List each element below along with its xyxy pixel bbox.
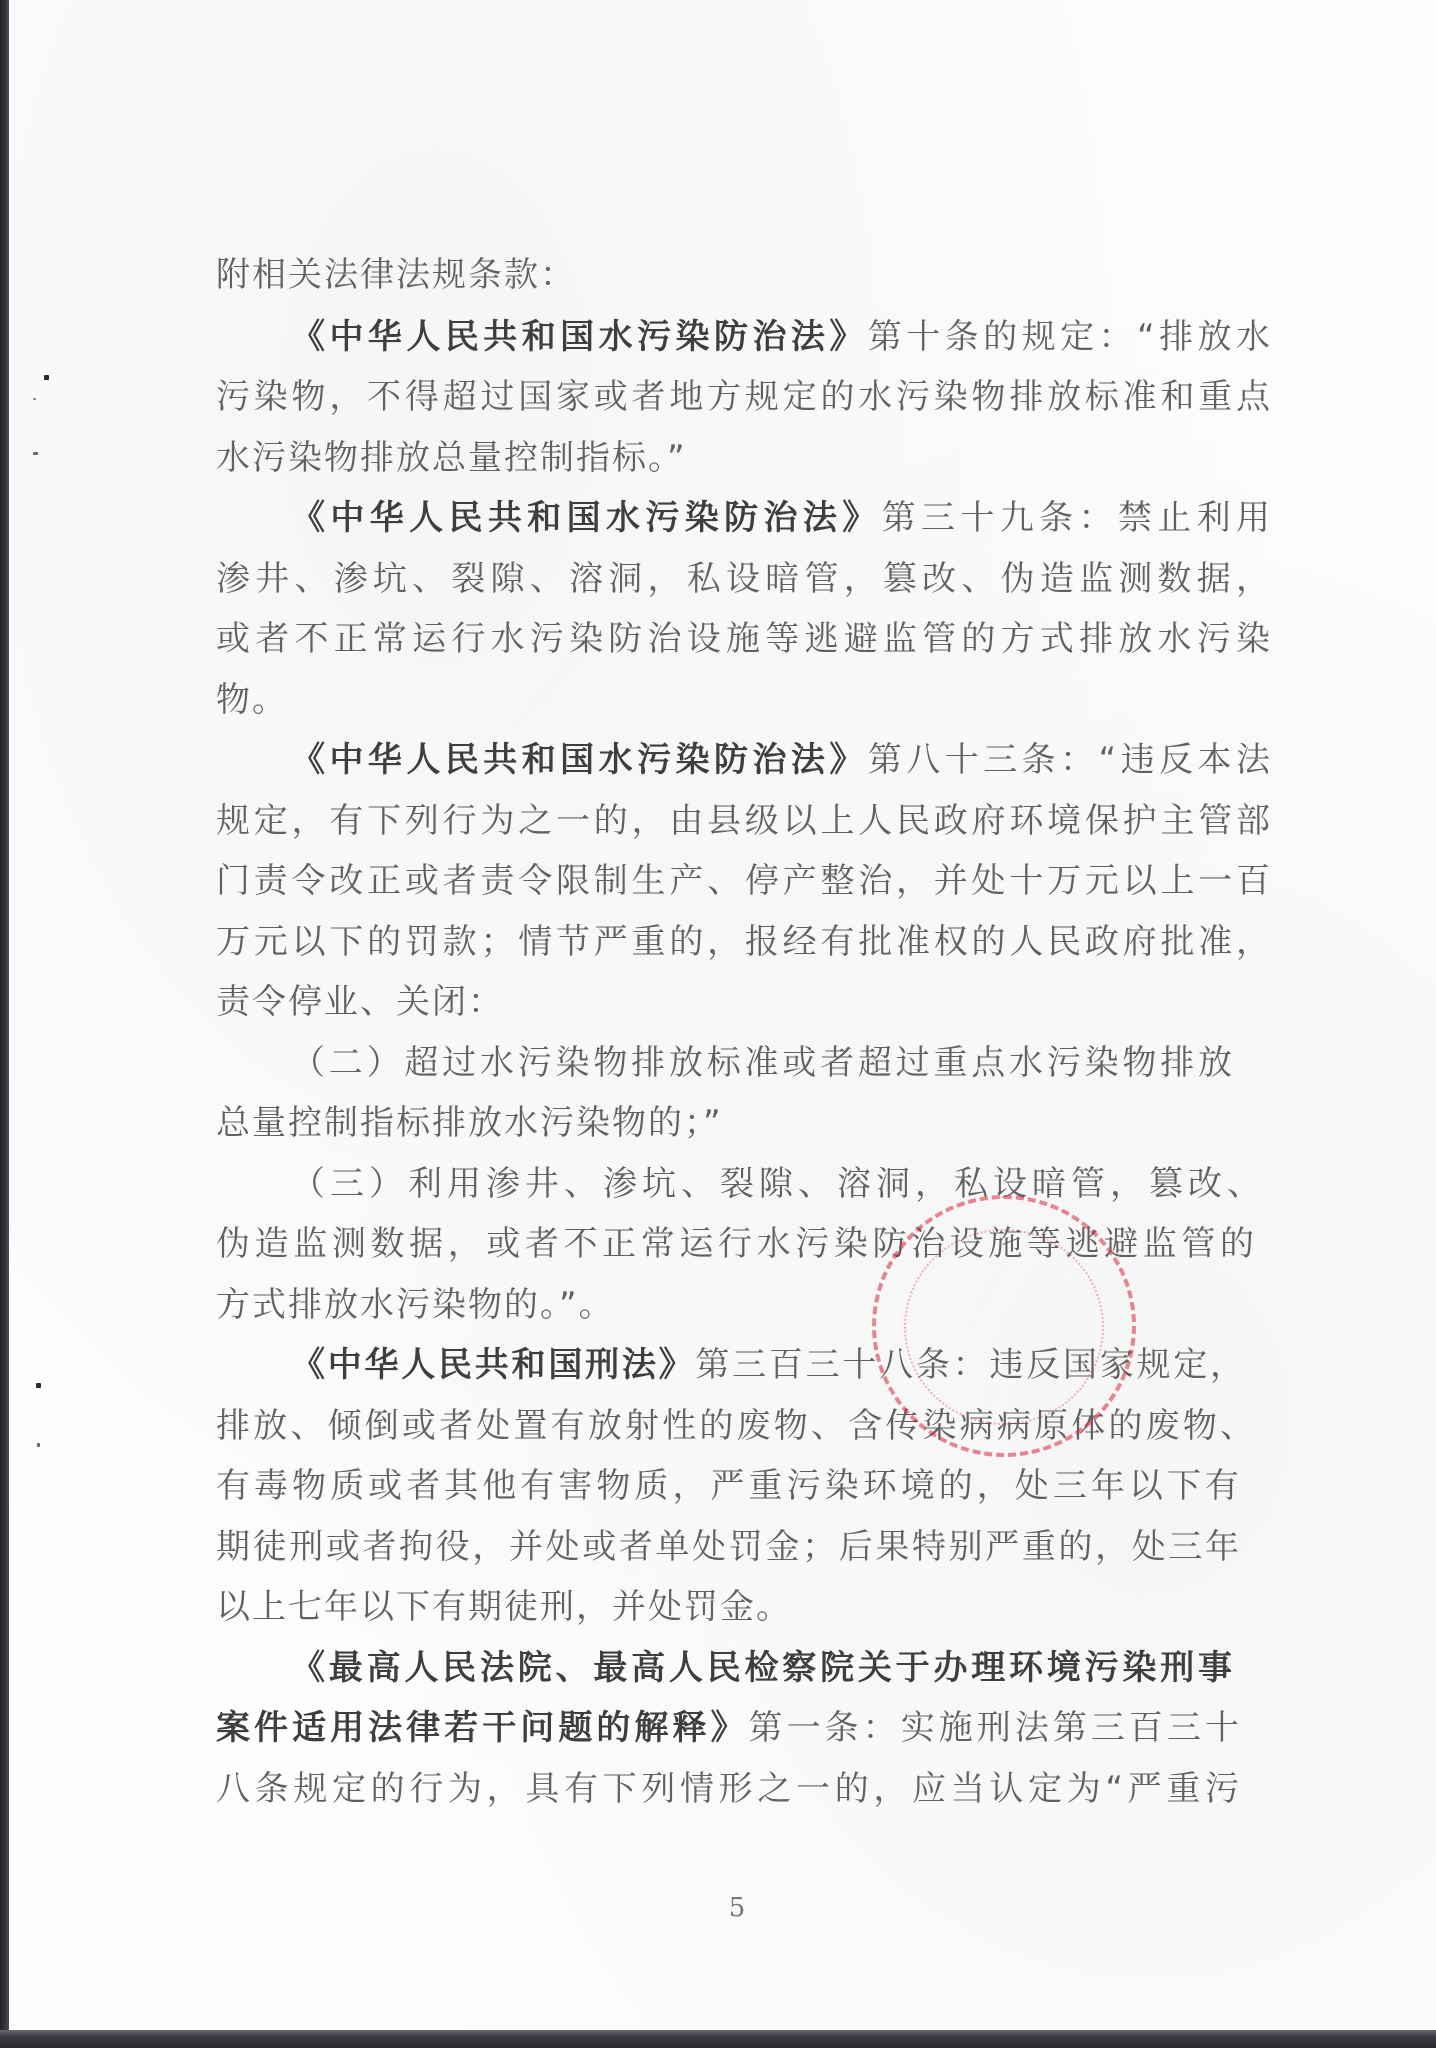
official-seal-stamp [872, 1195, 1136, 1457]
article-text: 第八十三条：“违反本法 [868, 740, 1272, 780]
paragraph-2-line-3: 或者不正常运行水污染防治设施等逃避监管的方式排放水污染 [216, 617, 1272, 661]
item-2-line-2: 总量控制指标排放水污染物的；” [216, 1101, 1272, 1145]
heading-text: 附相关法律法规条款： [216, 255, 576, 295]
paragraph-3-line-5: 责令停业、关闭： [216, 980, 1272, 1024]
article-text: 第一条：实施刑法第三百三十 [749, 1708, 1241, 1748]
paragraph-1-line-2: 污染物，不得超过国家或者地方规定的水污染物排放标准和重点 [216, 375, 1272, 419]
margin-mark [33, 398, 36, 400]
page-number: 5 [726, 1893, 748, 1923]
article-text: 第十条的规定：“排放水 [868, 317, 1272, 357]
paragraph-3-line-3: 门责令改正或者责令限制生产、停产整治，并处十万元以上一百 [216, 859, 1272, 903]
margin-mark [37, 1443, 40, 1447]
paragraph-5-line-3: 八条规定的行为，具有下列情形之一的，应当认定为“严重污 [216, 1767, 1241, 1811]
item-3-line-1: （三）利用渗井、渗坑、裂隙、溶洞，私设暗管，篡改、 [291, 1162, 1263, 1206]
interpretation-title: 《最高人民法院、最高人民检察院关于办理环境污染刑事 [291, 1648, 1234, 1688]
paragraph-3-line-2: 规定，有下列行为之一的，由县级以上人民政府环境保护主管部 [216, 799, 1272, 843]
attachment-heading: 附相关法律法规条款： [216, 253, 1272, 297]
paragraph-4-line-5: 以上七年以下有期徒刑，并处罚金。 [216, 1585, 1272, 1629]
margin-mark [36, 1383, 41, 1388]
law-title: 《中华人民共和国刑法》 [291, 1345, 695, 1385]
article-text: 第三十九条：禁止利用 [882, 498, 1272, 538]
paragraph-2-line-1: 《中华人民共和国水污染防治法》第三十九条：禁止利用 [291, 496, 1272, 540]
paragraph-1-line-1: 《中华人民共和国水污染防治法》第十条的规定：“排放水 [291, 315, 1272, 359]
interpretation-title-cont: 案件适用法律若干问题的解释》 [216, 1708, 749, 1748]
paragraph-2-line-4: 物。 [216, 678, 1272, 722]
law-title: 《中华人民共和国水污染防治法》 [291, 740, 868, 780]
paragraph-3-line-4: 万元以下的罚款；情节严重的，报经有批准权的人民政府批准， [216, 920, 1272, 964]
paragraph-2-line-2: 渗井、渗坑、裂隙、溶洞，私设暗管，篡改、伪造监测数据， [216, 557, 1272, 601]
paragraph-3-line-1: 《中华人民共和国水污染防治法》第八十三条：“违反本法 [291, 738, 1272, 782]
item-2-line-1: （二）超过水污染物排放标准或者超过重点水污染物排放 [291, 1041, 1234, 1085]
paragraph-4-line-4: 期徒刑或者拘役，并处或者单处罚金；后果特别严重的，处三年 [216, 1525, 1241, 1569]
paragraph-1-line-3: 水污染物排放总量控制指标。” [216, 436, 1272, 480]
law-title: 《中华人民共和国水污染防治法》 [291, 498, 882, 538]
paragraph-5-line-2: 案件适用法律若干问题的解释》第一条：实施刑法第三百三十 [216, 1706, 1241, 1750]
paragraph-5-line-1: 《最高人民法院、最高人民检察院关于办理环境污染刑事 [291, 1646, 1234, 1690]
law-title: 《中华人民共和国水污染防治法》 [291, 317, 868, 357]
scan-bottom-edge [0, 2030, 1436, 2048]
margin-mark [44, 375, 49, 380]
seal-inner-ring [904, 1229, 1104, 1425]
paragraph-4-line-3: 有毒物质或者其他有害物质，严重污染环境的，处三年以下有 [216, 1464, 1241, 1508]
margin-mark [33, 452, 38, 455]
